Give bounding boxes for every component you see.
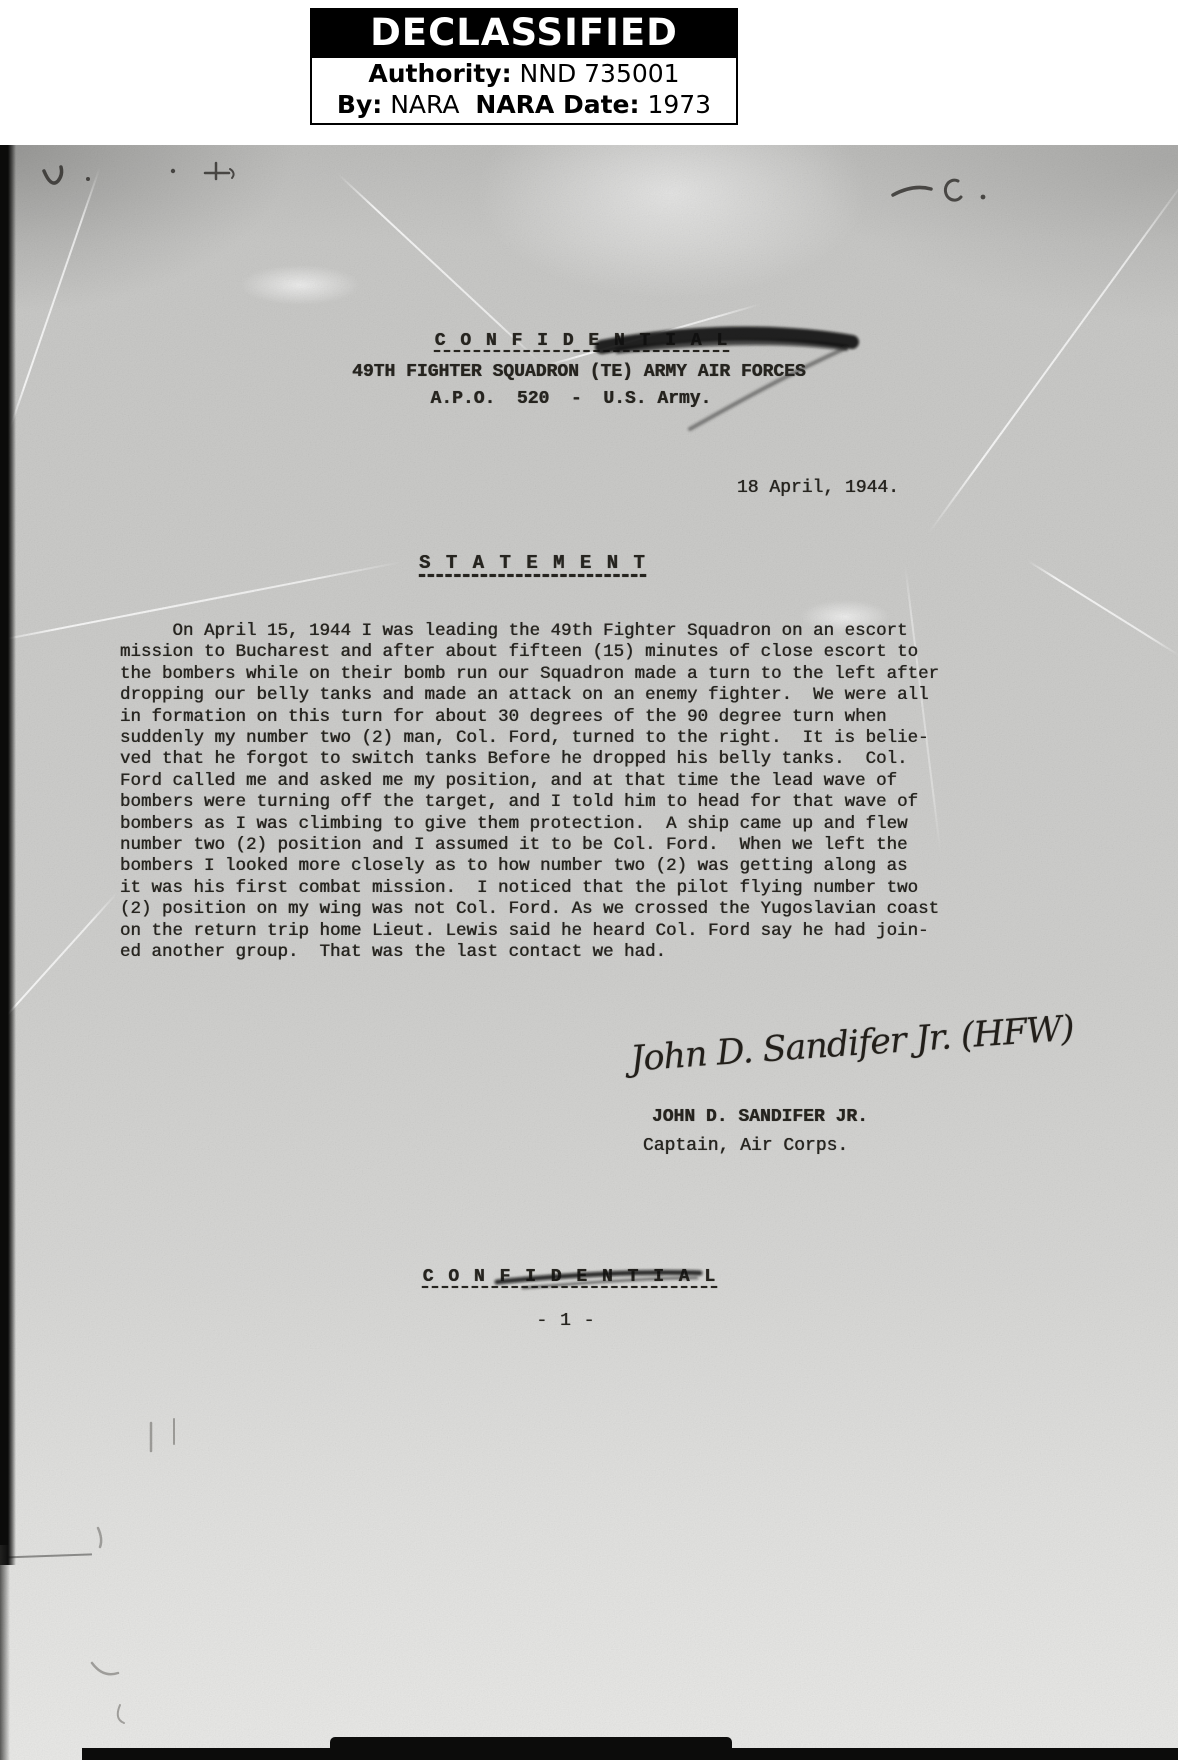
scan-edge-bottom-block [330,1737,732,1760]
paper-crease [927,176,1178,535]
pencil-marks-lower [92,1419,174,1723]
unit-apo-line: A.P.O. 520 - U.S. Army. [0,389,1160,409]
document-date: 18 April, 1944. [737,478,899,498]
signature-rank-title: Captain, Air Corps. [643,1136,848,1156]
paper-blemish [240,265,360,305]
paper-crease [1027,560,1178,656]
screenshot-root: { "banner": { "title": "DECLASSIFIED", "… [0,0,1178,1760]
typed-line: bombers I looked more closely as to how … [120,856,980,877]
handwritten-signature: John D. Sandifer Jr. (HFW) [629,1010,1051,1079]
document-scan: C O N F I D E N T I A L 49TH FIGHTER SQU… [0,145,1178,1760]
typed-line: (2) position on my wing was not Col. For… [120,899,980,920]
paper-crease [0,892,118,1035]
statement-body: On April 15, 1944 I was leading the 49th… [120,621,980,964]
statement-heading: S T A T E M E N T [0,552,1122,574]
authority-value: NND 735001 [512,59,680,88]
typed-line: ved that he forgot to switch tanks Befor… [120,749,980,770]
typed-line: ed another group. That was the last cont… [120,942,980,963]
declassified-title: DECLASSIFIED [312,10,736,58]
typed-line: suddenly my number two (2) man, Col. For… [120,728,980,749]
declassified-banner: DECLASSIFIED Authority: NND 735001 By: N… [310,8,738,125]
nara-date-value: 1973 [640,90,712,119]
signature-typed-name: JOHN D. SANDIFER JR. [652,1107,868,1127]
handwritten-mark-top-right [893,180,985,200]
nara-date-label: NARA Date: [475,90,639,119]
typed-line: bombers as I was climbing to give them p… [120,814,980,835]
classification-top: C O N F I D E N T I A L [0,331,1171,351]
page-number: - 1 - [0,1311,1155,1331]
handwritten-mark-top-left [44,163,234,183]
classification-bottom: C O N F I D E N T I A L [0,1267,1159,1287]
typed-line: mission to Bucharest and after about fif… [120,642,980,663]
by-date-line: By: NARA NARA Date: 1973 [312,89,736,123]
typed-line: number two (2) position and I assumed it… [120,835,980,856]
authority-label: Authority: [368,59,511,88]
typed-line: the bombers while on their bomb run our … [120,664,980,685]
typed-line: dropping our belly tanks and made an att… [120,685,980,706]
typed-line: in formation on this turn for about 30 d… [120,707,980,728]
scan-edge-left-lower [0,1545,10,1760]
authority-line: Authority: NND 735001 [312,58,736,89]
typed-line: it was his first combat mission. I notic… [120,878,980,899]
typed-line: bombers were turning off the target, and… [120,792,980,813]
scan-edge-left [0,145,16,1565]
typed-line: On April 15, 1944 I was leading the 49th… [120,621,980,642]
typed-line: Ford called me and asked me my position,… [120,771,980,792]
unit-name-line: 49TH FIGHTER SQUADRON (TE) ARMY AIR FORC… [0,362,1168,382]
by-value: NARA [382,90,475,119]
by-label: By: [337,90,382,119]
typed-line: on the return trip home Lieut. Lewis sai… [120,921,980,942]
